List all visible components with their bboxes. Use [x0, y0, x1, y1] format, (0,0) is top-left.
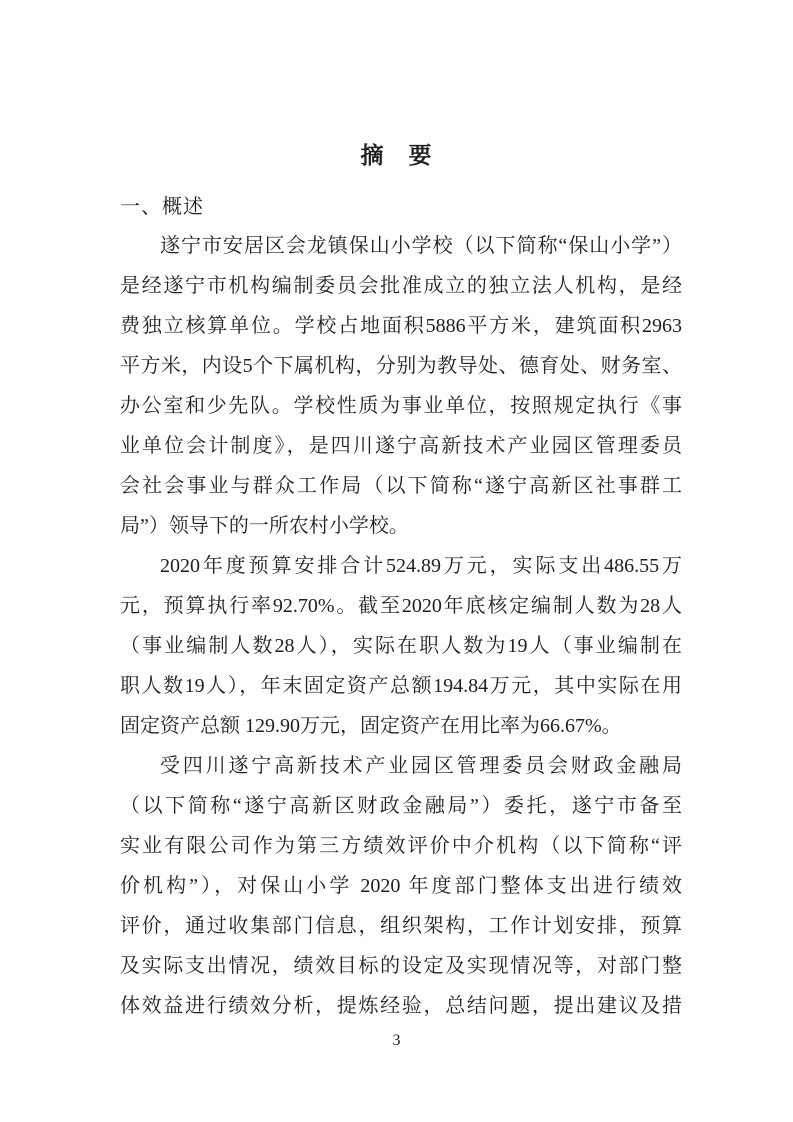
paragraph-1-line: 局”）领导下的一所农村小学校。: [120, 506, 682, 546]
paragraph-1-line: 平方米，内设5个下属机构，分别为教导处、德育处、财务室、: [120, 346, 682, 386]
paragraph-1-line: 是经遂宁市机构编制委员会批准成立的独立法人机构，是经: [120, 266, 682, 306]
paragraph-3-line: 价机构”），对保山小学 2020 年度部门整体支出进行绩效: [120, 866, 682, 906]
paragraph-1-line: 办公室和少先队。学校性质为事业单位，按照规定执行《事: [120, 386, 682, 426]
paragraph-3-line: 及实际支出情况，绩效目标的设定及实现情况等，对部门整: [120, 946, 682, 986]
paragraph-2-line: 固定资产总额 129.90万元，固定资产在用比率为66.67%。: [120, 706, 682, 746]
paragraph-1-line: 费独立核算单位。学校占地面积5886平方米，建筑面积2963: [120, 306, 682, 346]
paragraph-1-line: 遂宁市安居区会龙镇保山小学校（以下简称“保山小学”）: [120, 226, 682, 266]
page-number: 3: [0, 1030, 793, 1052]
paragraph-3-line: 体效益进行绩效分析，提炼经验，总结问题，提出建议及措: [120, 986, 682, 1026]
paragraph-2-line: 元，预算执行率92.70%。截至2020年底核定编制人数为28人: [120, 586, 682, 626]
document-body: 一、概述 遂宁市安居区会龙镇保山小学校（以下简称“保山小学”） 是经遂宁市机构编…: [120, 188, 682, 1026]
paragraph-3-line: 实业有限公司作为第三方绩效评价中介机构（以下简称“评: [120, 826, 682, 866]
document-page: 摘 要 一、概述 遂宁市安居区会龙镇保山小学校（以下简称“保山小学”） 是经遂宁…: [0, 0, 793, 1122]
paragraph-1-line: 会社会事业与群众工作局（以下简称“遂宁高新区社事群工: [120, 466, 682, 506]
paragraph-2-line: 职人数19人），年末固定资产总额194.84万元，其中实际在用: [120, 666, 682, 706]
paragraph-2-line: 2020年度预算安排合计524.89万元，实际支出486.55万: [120, 546, 682, 586]
paragraph-3-line: （以下简称“遂宁高新区财政金融局”）委托，遂宁市备至: [120, 786, 682, 826]
section-heading-overview: 一、概述: [120, 188, 682, 226]
document-title: 摘 要: [0, 140, 793, 170]
paragraph-2-line: （事业编制人数28人），实际在职人数为19人（事业编制在: [120, 626, 682, 666]
paragraph-1-line: 业单位会计制度》，是四川遂宁高新技术产业园区管理委员: [120, 426, 682, 466]
paragraph-3-line: 受四川遂宁高新技术产业园区管理委员会财政金融局: [120, 746, 682, 786]
paragraph-3-line: 评价，通过收集部门信息，组织架构，工作计划安排，预算: [120, 906, 682, 946]
